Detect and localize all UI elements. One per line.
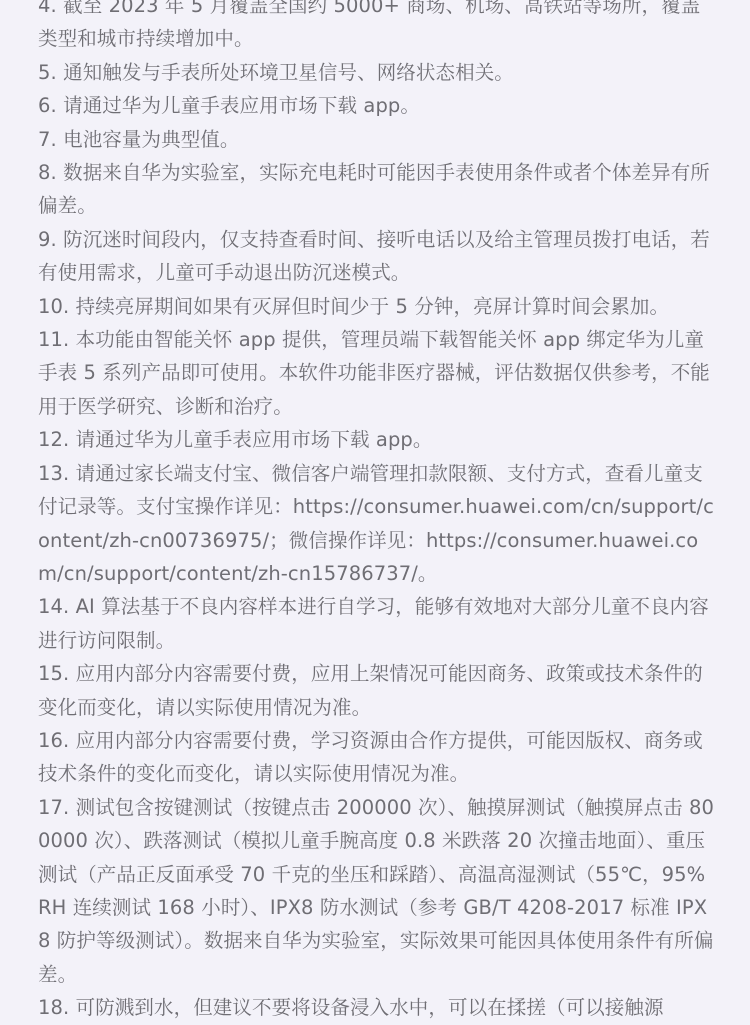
footnote-8: 8. 数据来自华为实验室，实际充电耗时可能因手表使用条件或者个体差异有所偏差。: [38, 156, 714, 223]
footnote-4: 4. 截至 2023 年 5 月覆盖全国约 5000+ 商场、机场、高铁站等场所…: [38, 0, 714, 56]
footnote-15: 15. 应用内部分内容需要付费，应用上架情况可能因商务、政策或技术条件的变化而变…: [38, 657, 714, 724]
footnote-11: 11. 本功能由智能关怀 app 提供，管理员端下载智能关怀 app 绑定华为儿…: [38, 323, 714, 423]
footnote-16: 16. 应用内部分内容需要付费，学习资源由合作方提供，可能因版权、商务或技术条件…: [38, 724, 714, 791]
footnote-13: 13. 请通过家长端支付宝、微信客户端管理扣款限额、支付方式，查看儿童支付记录等…: [38, 457, 714, 591]
footnote-7: 7. 电池容量为典型值。: [38, 123, 714, 156]
footnote-18: 18. 可防溅到水，但建议不要将设备浸入水中，可以在揉搓（可以接触源: [38, 991, 714, 1000]
footnote-9: 9. 防沉迷时间段内，仅支持查看时间、接听电话以及给主管理员拨打电话，若有使用需…: [38, 223, 714, 290]
footnote-12: 12. 请通过华为儿童手表应用市场下载 app。: [38, 423, 714, 456]
footnote-5: 5. 通知触发与手表所处环境卫星信号、网络状态相关。: [38, 56, 714, 89]
footnote-10: 10. 持续亮屏期间如果有灭屏但时间少于 5 分钟，亮屏计算时间会累加。: [38, 290, 714, 323]
footnote-6: 6. 请通过华为儿童手表应用市场下载 app。: [38, 89, 714, 122]
footnotes-list: 4. 截至 2023 年 5 月覆盖全国约 5000+ 商场、机场、高铁站等场所…: [38, 0, 714, 1000]
footnote-14: 14. AI 算法基于不良内容样本进行自学习，能够有效地对大部分儿童不良内容进行…: [38, 590, 714, 657]
footnote-17: 17. 测试包含按键测试（按键点击 200000 次）、触摸屏测试（触摸屏点击 …: [38, 791, 714, 991]
